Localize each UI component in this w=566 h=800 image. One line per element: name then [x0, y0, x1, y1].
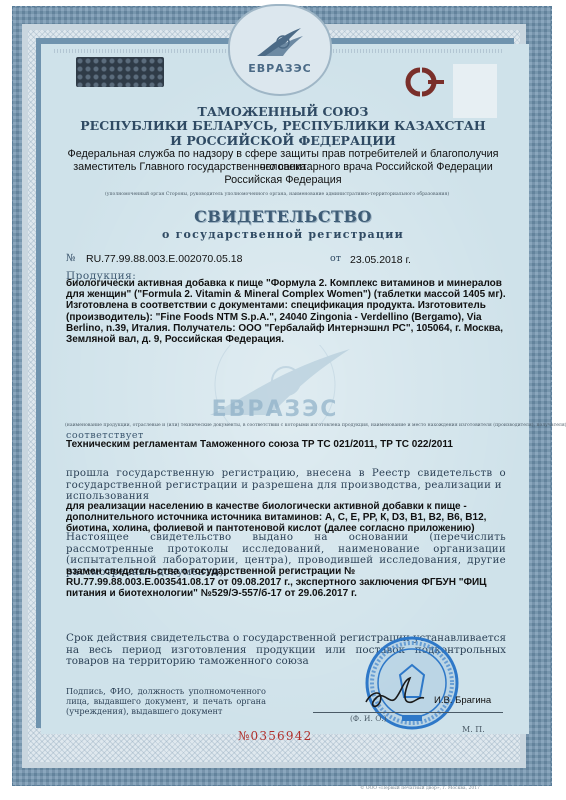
certificate-number: RU.77.99.88.003.Е.002070.05.18 — [86, 253, 242, 265]
union-title-line-2: РЕСПУБЛИКИ БЕЛАРУСЬ, РЕСПУБЛИКИ КАЗАХСТА… — [60, 118, 506, 133]
union-title-line-3: И РОССИЙСКОЙ ФЕДЕРАЦИИ — [60, 133, 506, 148]
stamp-place-mark: М. П. — [462, 725, 485, 734]
union-title-line-1: ТАМОЖЕННЫЙ СОЮЗ — [60, 104, 506, 119]
document-subtitle: о государственной регистрации — [60, 228, 506, 241]
registration-text: прошла государственную регистрацию, внес… — [66, 468, 506, 491]
signature-caption: Подпись, ФИО, должность уполномоченного … — [66, 686, 266, 716]
authority-line-2: заместитель Главного государственного са… — [60, 161, 506, 174]
authority-caption: (уполномоченный орган Стороны, руководит… — [105, 192, 449, 197]
signature-line — [313, 712, 503, 713]
basis-documents: взамен свидетельства о государственной р… — [66, 566, 506, 600]
eurasec-emblem-text: ЕВРАЗЭС — [248, 62, 311, 75]
date-label: от — [330, 253, 341, 264]
product-caption: (наименование продукции, отраслевые и (и… — [65, 423, 566, 428]
eurasec-logo-icon — [253, 26, 307, 60]
signature-icon — [362, 676, 438, 716]
number-label: № — [66, 253, 75, 264]
hologram-sticker — [76, 57, 164, 87]
compliance-text: Техническим регламентам Таможенного союз… — [66, 439, 506, 450]
se-mark-icon — [398, 64, 450, 100]
eurasec-watermark-text: ЕВРАЗЭС — [200, 397, 350, 422]
authority-line-3: Российская Федерация — [60, 174, 506, 187]
certificate-date: 23.05.2018 г. — [350, 254, 411, 266]
product-description: биологически активная добавка к пище "Фо… — [66, 278, 506, 345]
signer-name-caption: (Ф. И. О.) — [350, 714, 387, 723]
signer-name: И.В. Брагина — [434, 695, 491, 706]
printer-imprint: © ООО «Первый печатный двор», г. Москва,… — [360, 786, 480, 791]
document-title: СВИДЕТЕЛЬСТВО — [60, 207, 506, 226]
serial-number: №0356942 — [238, 729, 312, 743]
eurasec-emblem: ЕВРАЗЭС — [228, 4, 332, 96]
usage-text: для реализации населению в качестве биол… — [66, 501, 506, 535]
